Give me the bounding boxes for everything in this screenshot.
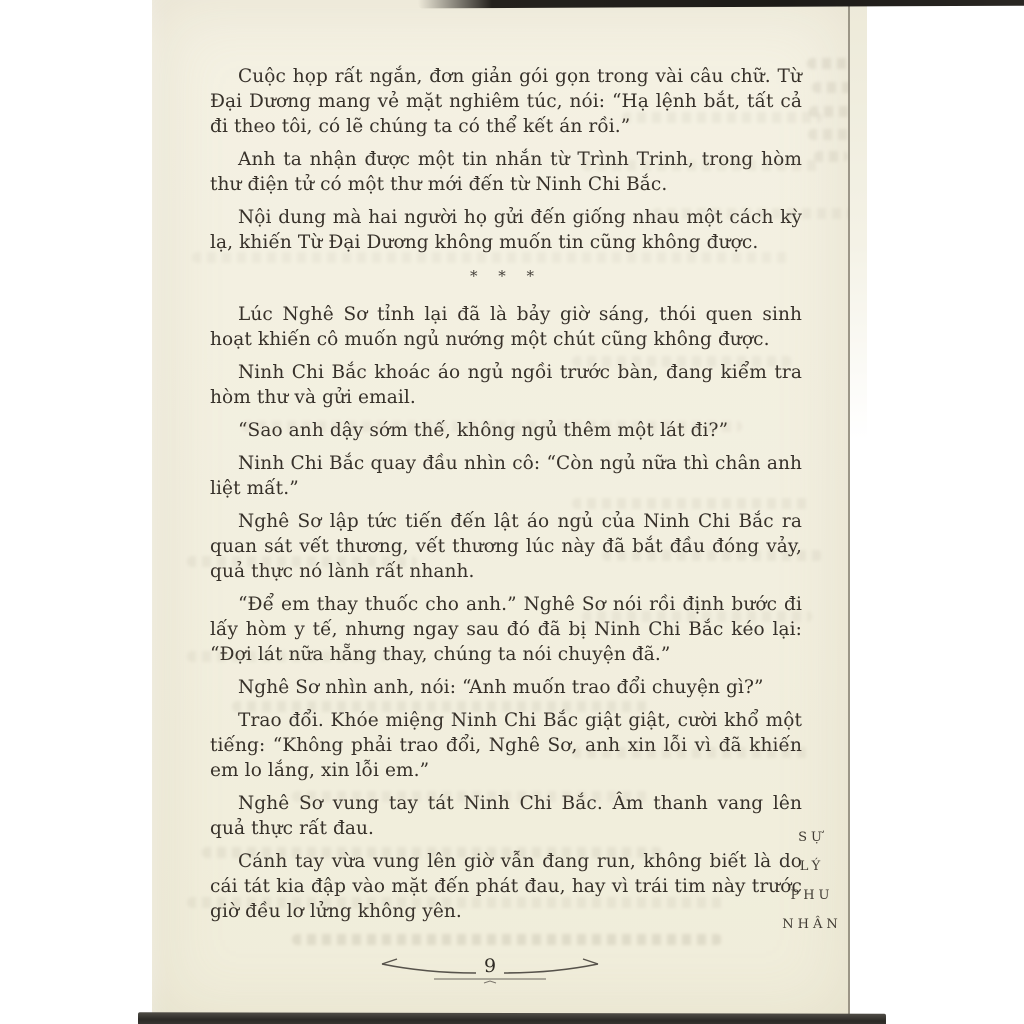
- showthrough-smudge: [232, 701, 652, 712]
- side-title-word: LÝ: [780, 859, 844, 874]
- side-title: SỰLÝPHUNHÂN: [780, 830, 844, 946]
- paragraph: Anh ta nhận được một tin nhắn từ Trình T…: [210, 147, 802, 197]
- showthrough-smudge: [622, 112, 822, 123]
- book-page: Cuộc họp rất ngắn, đơn giản gói gọn tron…: [152, 0, 850, 1024]
- section-divider: * * *: [210, 264, 802, 289]
- paragraph: Lúc Nghê Sơ tỉnh lại đã là bảy giờ sáng,…: [210, 302, 802, 352]
- paragraph: Trao đổi. Khóe miệng Ninh Chi Bắc giật g…: [210, 708, 802, 783]
- showthrough-smudge: [582, 611, 812, 622]
- showthrough-smudge: [187, 556, 417, 567]
- paragraph: Ninh Chi Bắc quay đầu nhìn cô: “Còn ngủ …: [210, 451, 802, 501]
- paragraph: Nghê Sơ nhìn anh, nói: “Anh muốn trao đổ…: [210, 675, 802, 700]
- paragraph: Ninh Chi Bắc khoác áo ngủ ngồi trước bàn…: [210, 360, 802, 410]
- showthrough-smudge: [582, 160, 822, 171]
- showthrough-smudge: [192, 252, 792, 263]
- flourish-ornament-icon: 9: [374, 948, 606, 988]
- paragraph: Nghê Sơ lập tức tiến đến lật áo ngủ của …: [210, 509, 802, 584]
- page-number: 9: [484, 955, 496, 977]
- side-title-word: SỰ: [780, 830, 844, 845]
- page-edge-sliver: [850, 0, 867, 440]
- side-title-word: PHU: [780, 888, 844, 903]
- page-number-ornament: 9: [374, 948, 606, 988]
- paragraph: Cuộc họp rất ngắn, đơn giản gói gọn tron…: [210, 64, 802, 139]
- photo-bottom-shadow: [138, 1012, 886, 1024]
- showthrough-smudge: [652, 208, 852, 219]
- showthrough-smudge: [187, 651, 387, 662]
- showthrough-smudge: [292, 791, 652, 802]
- showthrough-smudge: [292, 934, 722, 945]
- paragraph: Cánh tay vừa vung lên giờ vẫn đang run, …: [210, 849, 802, 924]
- side-title-word: NHÂN: [780, 917, 844, 932]
- showthrough-smudge: [242, 421, 742, 432]
- showthrough-smudge: [202, 847, 662, 858]
- showthrough-smudge: [572, 356, 792, 367]
- screenshot-root: { "document": { "type": "book-page-photo…: [0, 0, 1024, 1024]
- showthrough-smudge: [572, 747, 812, 758]
- showthrough-smudge: [572, 498, 812, 509]
- showthrough-smudge: [187, 897, 727, 908]
- showthrough-smudge: [602, 550, 822, 561]
